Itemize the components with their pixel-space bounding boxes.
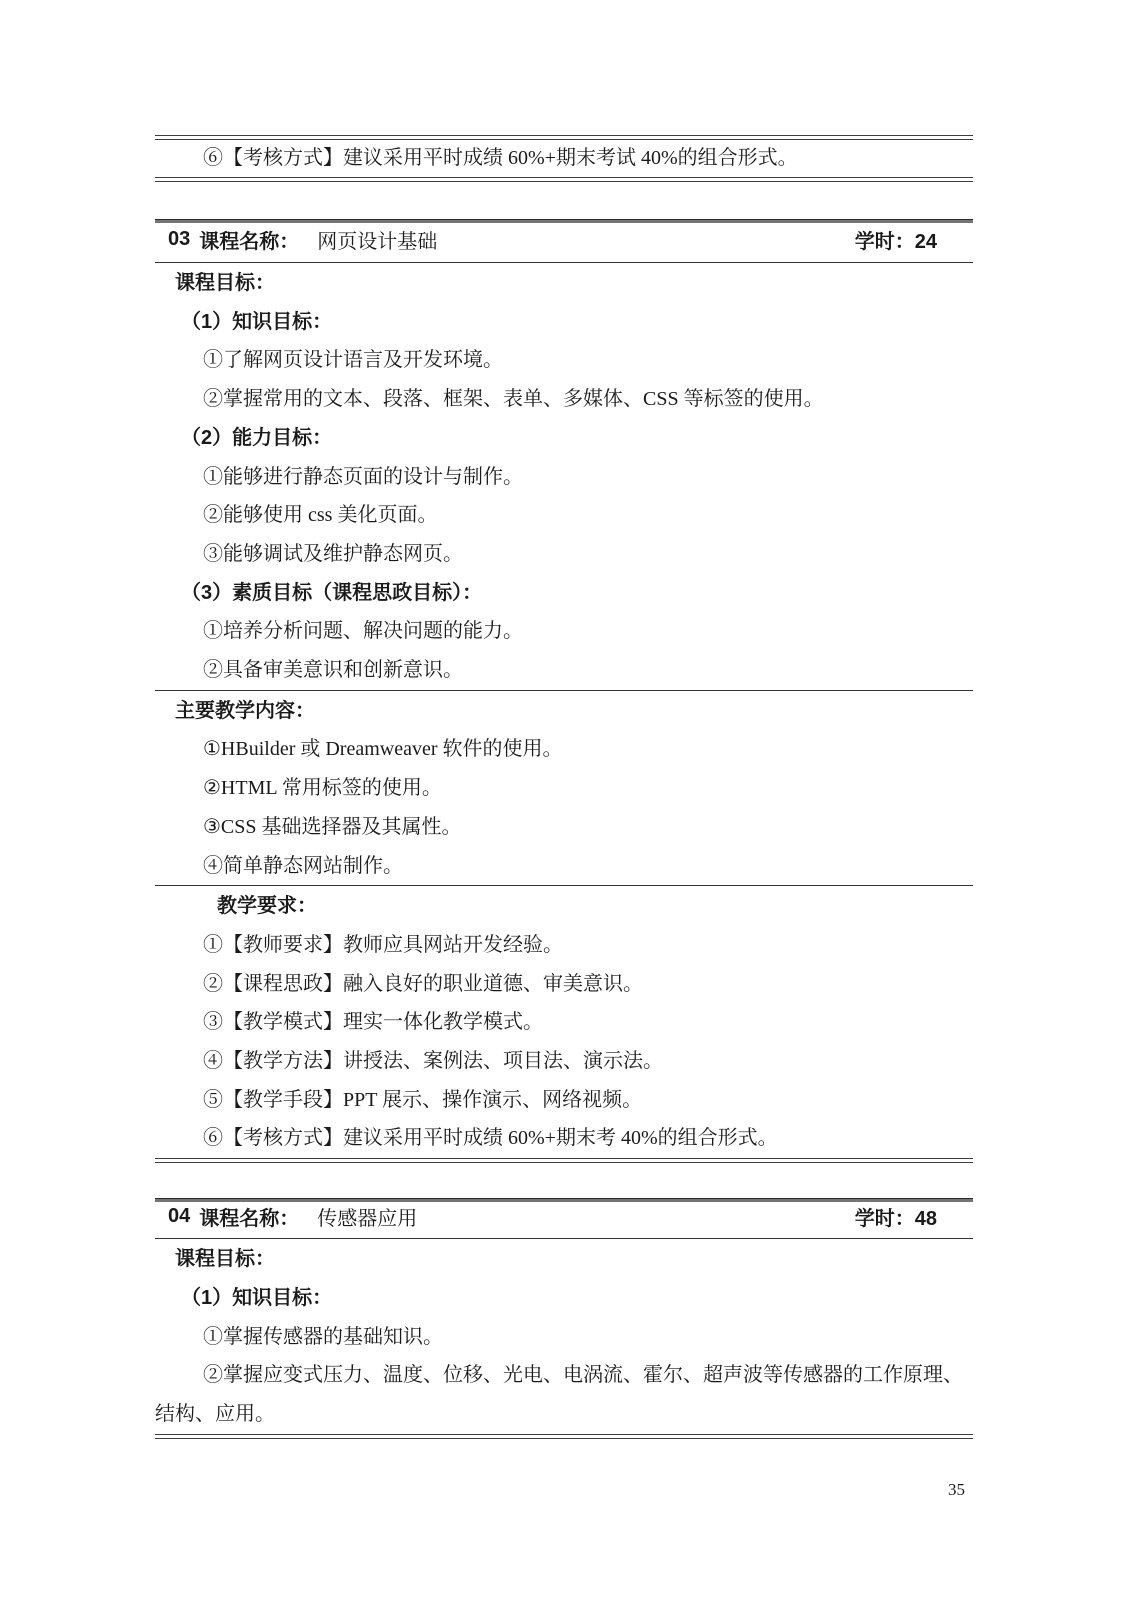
goal-item: ②能够使用 css 美化页面。	[155, 496, 973, 535]
content-item: ①HBuilder 或 Dreamweaver 软件的使用。	[155, 730, 973, 769]
goal-item: ①能够进行静态页面的设计与制作。	[155, 458, 973, 497]
course03-code: 03	[168, 228, 190, 251]
requirement-item: ⑥【考核方式】建议采用平时成绩 60%+期末考 40%的组合形式。	[155, 1119, 973, 1158]
goal-item: ②具备审美意识和创新意识。	[155, 651, 973, 690]
course04-name-label: 课程名称：	[199, 1202, 299, 1231]
course03-name: 网页设计基础	[317, 225, 437, 254]
goal-group-heading: （3）素质目标（课程思政目标）：	[155, 574, 973, 613]
course03-hours: 学时：24	[855, 225, 937, 254]
course04-name: 传感器应用	[317, 1202, 417, 1231]
content-item: ④简单静态网站制作。	[155, 847, 973, 886]
goal-group-heading: （1）知识目标：	[155, 303, 973, 342]
course04-table-bottom-border	[155, 1434, 973, 1439]
course04-hours-label: 学时：	[855, 1208, 915, 1230]
content-heading: 主要教学内容：	[155, 692, 973, 731]
course03-goals-section: 课程目标： （1）知识目标： ①了解网页设计语言及开发环境。 ②掌握常用的文本、…	[155, 264, 973, 690]
requirement-item: ③【教学模式】理实一体化教学模式。	[155, 1003, 973, 1042]
course04-hours-value: 48	[915, 1208, 937, 1230]
goal-item: ③能够调试及维护静态网页。	[155, 535, 973, 574]
course03-content-section: 主要教学内容： ①HBuilder 或 Dreamweaver 软件的使用。 ②…	[155, 692, 973, 886]
goal-item: ①了解网页设计语言及开发环境。	[155, 341, 973, 380]
course04-header-row: 04 课程名称： 传感器应用 学时：48	[155, 1202, 973, 1238]
requirement-item: ②【课程思政】融入良好的职业道德、审美意识。	[155, 965, 973, 1004]
requirements-heading: 教学要求：	[155, 887, 973, 926]
requirement-item: ④【教学方法】讲授法、案例法、项目法、演示法。	[155, 1042, 973, 1081]
goal-group-heading: （1）知识目标：	[155, 1279, 973, 1318]
course03-hours-value: 24	[915, 231, 937, 253]
course03-hours-label: 学时：	[855, 231, 915, 253]
content-item: ②HTML 常用标签的使用。	[155, 769, 973, 808]
document-page: ⑥【考核方式】建议采用平时成绩 60%+期末考试 40%的组合形式。 03 课程…	[0, 0, 1131, 1600]
goals-heading: 课程目标：	[155, 264, 973, 303]
assessment-method-line: ⑥【考核方式】建议采用平时成绩 60%+期末考试 40%的组合形式。	[155, 140, 973, 177]
syllabus-content: ⑥【考核方式】建议采用平时成绩 60%+期末考试 40%的组合形式。 03 课程…	[155, 0, 973, 1439]
goal-item: ①掌握传感器的基础知识。	[155, 1318, 973, 1357]
requirement-item: ①【教师要求】教师应具网站开发经验。	[155, 926, 973, 965]
goal-item: ②掌握常用的文本、段落、框架、表单、多媒体、CSS 等标签的使用。	[155, 380, 973, 419]
requirement-item: ⑤【教学手段】PPT 展示、操作演示、网络视频。	[155, 1081, 973, 1120]
goal-item: ②掌握应变式压力、温度、位移、光电、电涡流、霍尔、超声波等传感器的工作原理、结构…	[155, 1356, 973, 1433]
course03-header-row: 03 课程名称： 网页设计基础 学时：24	[155, 223, 973, 262]
course03-name-label: 课程名称：	[199, 225, 299, 254]
course03-requirements-section: 教学要求： ①【教师要求】教师应具网站开发经验。 ②【课程思政】融入良好的职业道…	[155, 887, 973, 1158]
course04-code: 04	[168, 1205, 190, 1228]
goals-heading: 课程目标：	[155, 1240, 973, 1279]
goal-group-heading: （2）能力目标：	[155, 419, 973, 458]
page-number: 35	[948, 1480, 965, 1500]
goal-item: ①培养分析问题、解决问题的能力。	[155, 612, 973, 651]
course04-goals-section: 课程目标： （1）知识目标： ①掌握传感器的基础知识。 ②掌握应变式压力、温度、…	[155, 1240, 973, 1434]
table-bottom-border	[155, 177, 973, 182]
course03-table-bottom-border	[155, 1158, 973, 1163]
course04-hours: 学时：48	[855, 1202, 937, 1231]
content-item: ③CSS 基础选择器及其属性。	[155, 808, 973, 847]
